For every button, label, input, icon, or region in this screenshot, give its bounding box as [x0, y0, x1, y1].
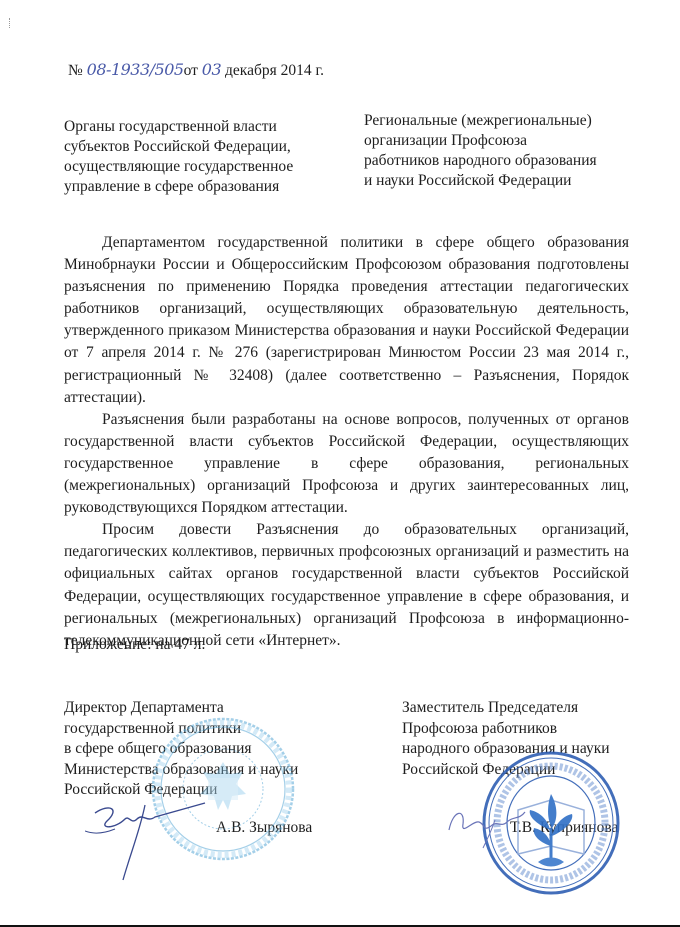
text-line: регистрационный № 32408) (далее соответс…	[64, 365, 629, 387]
date-rest: декабря 2014 г.	[225, 62, 324, 79]
signatory-left-title: Директор Департамента государственной по…	[64, 698, 298, 801]
title-line: в сфере общего образования	[64, 739, 298, 760]
scanned-letter-page: № 08-1933/505от 03 декабря 2014 г. Орган…	[0, 0, 680, 927]
title-line: Министерства образования и науки	[64, 760, 298, 781]
text-line: Федерации, осуществляющих государственно…	[64, 586, 629, 608]
text-line: Минобрнауки России и Общероссийским Проф…	[64, 254, 629, 276]
addressee-line: осуществляющие государственное	[64, 157, 334, 177]
text-line: региональных (межрегиональных) организац…	[64, 608, 629, 630]
document-number-line: № 08-1933/505от 03 декабря 2014 г.	[68, 60, 324, 80]
handwritten-day: 03	[202, 60, 221, 79]
from-label: от	[184, 62, 198, 79]
text-line: утвержденного приказом Министерства обра…	[64, 320, 629, 342]
title-line: Профсоюза работников	[402, 719, 610, 740]
letter-body: Департаментом государственной политики в…	[64, 232, 629, 652]
text-line: Разъяснения были разработаны на основе в…	[64, 409, 629, 431]
text-line: государственное управление в сфере образ…	[64, 453, 629, 475]
addressee-right: Региональные (межрегиональные) организац…	[364, 111, 654, 191]
text-line: разъяснения по применению Порядка провед…	[64, 276, 629, 298]
addressee-line: управление в сфере образования	[64, 177, 334, 197]
title-line: государственной политики	[64, 719, 298, 740]
title-line: Директор Департамента	[64, 698, 298, 719]
text-line: Департаментом государственной политики в…	[64, 232, 629, 254]
signer-name-left: А.В. Зырянова	[216, 819, 312, 837]
addressee-line: работников народного образования	[364, 151, 654, 171]
text-line: руководствующихся Порядком аттестации.	[64, 497, 629, 519]
paragraph-3: Просим довести Разъяснения до образовате…	[64, 519, 629, 652]
paragraph-1: Департаментом государственной политики в…	[64, 232, 629, 409]
text-line: аттестации).	[64, 387, 629, 409]
number-label: №	[68, 62, 83, 79]
addressee-line: Региональные (межрегиональные)	[364, 111, 654, 131]
addressee-line: организации Профсоюза	[364, 131, 654, 151]
addressee-line: Органы государственной власти	[64, 117, 334, 137]
addressee-left: Органы государственной власти субъектов …	[64, 117, 334, 197]
addressee-line: субъектов Российской Федерации,	[64, 137, 334, 157]
handwritten-number: 08-1933/505	[87, 60, 184, 79]
text-line: официальных сайтах органов государственн…	[64, 563, 629, 585]
text-line: (межрегиональных) организаций Профсоюза …	[64, 475, 629, 497]
text-line: государственной власти субъектов Российс…	[64, 431, 629, 453]
signatory-right-title: Заместитель Председателя Профсоюза работ…	[402, 698, 610, 780]
addressee-line: и науки Российской Федерации	[364, 171, 654, 191]
text-line: от 7 апреля 2014 г. № 276 (зарегистриров…	[64, 342, 629, 364]
attachment-note: Приложение: на 47 л.	[64, 636, 205, 654]
paragraph-2: Разъяснения были разработаны на основе в…	[64, 409, 629, 519]
title-line: Заместитель Председателя	[402, 698, 610, 719]
scan-artifact	[9, 18, 11, 28]
signature-left-icon	[85, 795, 225, 885]
title-line: Российской Федерации	[64, 780, 298, 801]
title-line: Российской Федерации	[402, 760, 610, 781]
text-line: педагогических коллективов, первичных пр…	[64, 541, 629, 563]
text-line: работников организаций, осуществляющих о…	[64, 298, 629, 320]
title-line: народного образования и науки	[402, 739, 610, 760]
text-line: Просим довести Разъяснения до образовате…	[64, 519, 629, 541]
signer-name-right: Т.В. Куприянова	[510, 819, 618, 837]
